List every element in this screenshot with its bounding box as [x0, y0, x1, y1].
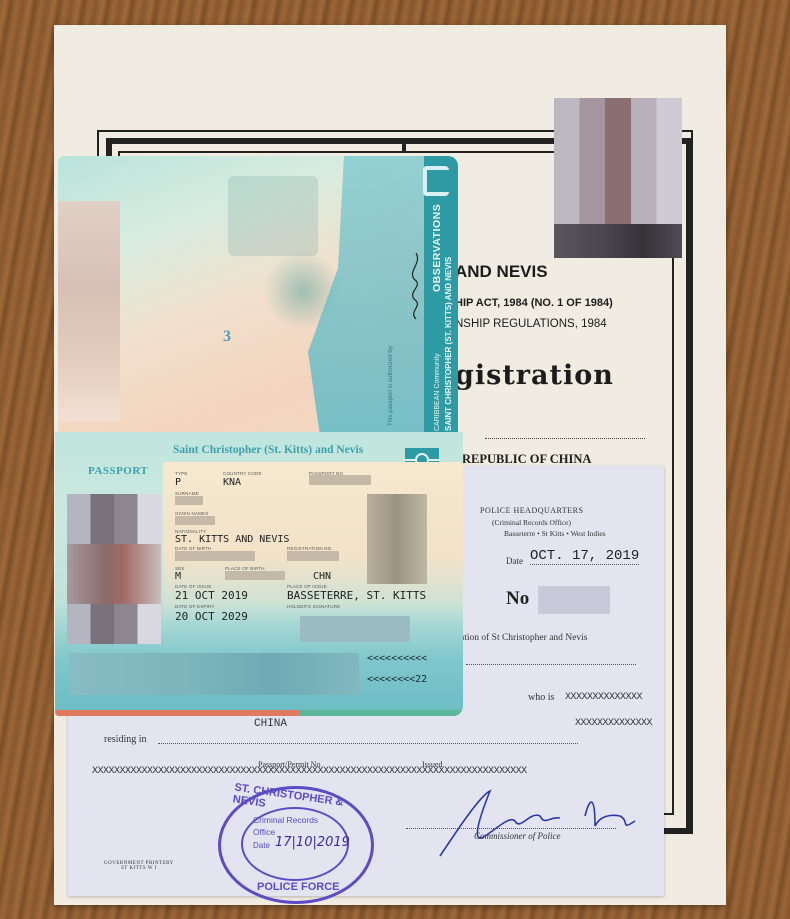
x-fill-2: XXXXXXXXXXXXXX — [575, 718, 652, 729]
issue-date-value: 21 OCT 2019 — [175, 589, 248, 602]
passport-data-page: Saint Christopher (St. Kitts) and Nevis … — [55, 432, 463, 716]
x-row: XXXXXXXXXXXXXXXXXXXXXXXXXXXXXXXXXXXXXXXX… — [92, 766, 667, 777]
type-value: P — [175, 477, 181, 488]
dotted-line — [466, 664, 636, 665]
expiry-date-label: DATE OF EXPIRY — [175, 604, 215, 609]
redacted-holder-signature — [300, 616, 410, 642]
redacted-surname — [175, 496, 203, 505]
police-location: Basseterre • St Kitts • West Indies — [504, 529, 606, 538]
clock-tower-illustration — [228, 176, 318, 256]
authorized-note: This passport is authorized by: — [388, 345, 394, 426]
place-issue-value: BASSETERRE, ST. KITTS — [287, 589, 426, 602]
residing-dotted-line — [158, 743, 578, 744]
certificate-dotted-line — [485, 430, 645, 439]
country-code-value: KNA — [223, 477, 241, 488]
who-is-label: who is — [528, 692, 554, 703]
mrz-line-2: <<<<<<<<22 — [367, 674, 427, 685]
police-hq: POLICE HEADQUARTERS — [480, 506, 583, 515]
redacted-ghost-photo — [367, 494, 427, 584]
stamp-office-2: Office — [253, 827, 275, 837]
pob-code: CHN — [313, 571, 331, 582]
commissioner-label: Commissioner of Police — [474, 831, 561, 841]
redacted-photo — [554, 98, 682, 258]
stamp-bottom-text: POLICE FORCE — [257, 881, 340, 893]
nationality-value: ST. KITTS AND NEVIS — [175, 534, 289, 545]
police-office: (Criminal Records Office) — [492, 518, 571, 527]
residing-value: CHINA — [254, 718, 287, 730]
signature-label: HOLDER'S SIGNATURE — [287, 604, 340, 609]
residing-label: residing in — [104, 734, 147, 745]
stamp-date-value: 17|10|2019 — [275, 835, 350, 850]
police-stamp: ST. CHRISTOPHER & NEVIS Criminal Records… — [218, 786, 374, 904]
redacted-mrz — [69, 653, 359, 695]
commissioner-signature — [420, 786, 660, 866]
stamp-office-1: Criminal Records — [253, 815, 318, 825]
printer-credit: GOVERNMENT PRINTERY ST KITTS W I — [104, 861, 174, 871]
expiry-date-value: 20 OCT 2029 — [175, 610, 248, 623]
certificate-date: OCT. 17, 2019 — [530, 548, 639, 565]
redacted-area — [58, 201, 120, 421]
certificate-country-heading: AND NEVIS — [455, 262, 548, 282]
mrz-line-1: <<<<<<<<<< — [367, 653, 427, 664]
redacted-holder-photo — [67, 494, 161, 644]
date-label: Date — [506, 556, 523, 566]
passport-label: PASSPORT — [88, 465, 148, 477]
type-label: TYPE — [175, 471, 188, 476]
federation-line: ation of St Christopher and Nevis — [460, 633, 587, 643]
redacted-pob — [225, 571, 285, 580]
certificate-regulations-line: NSHIP REGULATIONS, 1984 — [455, 318, 607, 330]
signature-line — [406, 828, 616, 829]
authority-signature — [406, 251, 426, 321]
passport-header: Saint Christopher (St. Kitts) and Nevis — [173, 444, 363, 456]
caribbean-community-text: CARIBBEAN Community — [434, 353, 441, 431]
redacted-registration — [287, 551, 339, 561]
page-number: 3 — [223, 328, 231, 346]
passport-observations-page: 3 This passport is authorized by: CARIBB… — [58, 156, 458, 436]
redacted-dob — [175, 551, 255, 561]
certificate-act-line: HIP ACT, 1984 (NO. 1 OF 1984) — [455, 297, 613, 309]
page-edge-strip — [55, 710, 463, 716]
number-label: No — [506, 588, 529, 610]
country-vertical-text: SAINT CHRISTOPHER (ST. KITTS) AND NEVIS — [444, 257, 453, 431]
certificate-title: gistration — [455, 360, 614, 391]
certificate-nationality-line: REPUBLIC OF CHINA — [462, 452, 591, 467]
redacted-number — [538, 586, 610, 614]
stamp-date-label: Date — [253, 841, 270, 850]
country-code-label: COUNTRY CODE — [223, 471, 262, 476]
caricom-logo-icon — [423, 166, 449, 196]
redacted-given-names — [175, 516, 215, 525]
observations-label: OBSERVATIONS — [431, 204, 443, 292]
sex-value: M — [175, 571, 181, 582]
ink-mark — [402, 143, 406, 152]
x-fill-1: XXXXXXXXXXXXXX — [565, 692, 642, 703]
redacted-passport-no — [309, 475, 371, 485]
